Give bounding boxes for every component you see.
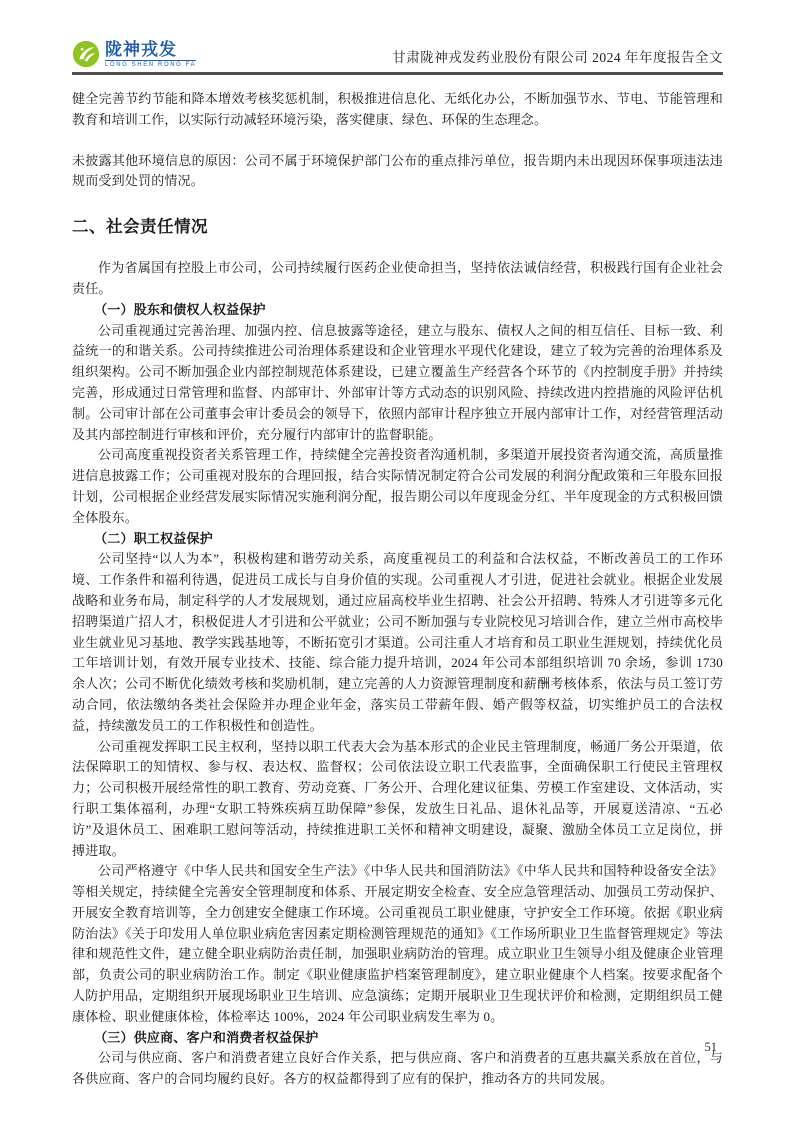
page-header: 陇神戎发 LONG SHEN RONG FA 甘肃陇神戎发药业股份有限公司 20…	[72, 0, 723, 75]
report-title: 甘肃陇神戎发药业股份有限公司 2024 年年度报告全文	[392, 46, 723, 68]
subsection-heading-suppliers-customers: （三）供应商、客户和消费者权益保护	[72, 1028, 723, 1049]
paragraph-employee-development: 公司坚持“以人为本”，积极构建和谐劳动关系，高度重视员工的利益和合法权益，不断改…	[72, 549, 723, 736]
document-body: 健全完善节约节能和降本增效考核奖惩机制，积极推进信息化、无纸化办公，不断加强节水…	[72, 89, 723, 1090]
company-logo-text: 陇神戎发 LONG SHEN RONG FA	[105, 41, 196, 68]
company-logo-name-en: LONG SHEN RONG FA	[105, 60, 196, 68]
paragraph-governance-internal-control: 公司重视通过完善治理、加强内控、信息披露等途径，建立与股东、债权人之间的相互信任…	[72, 321, 723, 446]
subsection-heading-shareholders-creditors: （一）股东和债权人权益保护	[72, 300, 723, 321]
company-logo-name-cn: 陇神戎发	[105, 41, 196, 58]
report-page: 陇神戎发 LONG SHEN RONG FA 甘肃陇神戎发药业股份有限公司 20…	[0, 0, 793, 1122]
subsection-heading-employee-rights: （二）职工权益保护	[72, 529, 723, 550]
company-logo-icon	[72, 40, 100, 68]
paragraph-suppliers-customers-cooperation: 公司与供应商、客户和消费者建立良好合作关系，把与供应商、客户和消费者的互惠共赢关…	[72, 1048, 723, 1090]
paragraph-investor-relations: 公司高度重视投资者关系管理工作，持续健全完善投资者沟通机制，多渠道开展投资者沟通…	[72, 445, 723, 528]
paragraph-employee-democracy-welfare: 公司重视发挥职工民主权利，坚持以职工代表大会为基本形式的企业民主管理制度，畅通厂…	[72, 737, 723, 862]
section-heading-social-responsibility: 二、社会责任情况	[72, 214, 723, 240]
paragraph-env-disclosure-reason: 未披露其他环境信息的原因：公司不属于环境保护部门公布的重点排污单位，报告期内未出…	[72, 151, 723, 193]
paragraph-social-responsibility-intro: 作为省属国有控股上市公司，公司持续履行医药企业使命担当，坚持依法诚信经营，积极践…	[72, 258, 723, 300]
paragraph-safety-occupational-health: 公司严格遵守《中华人民共和国安全生产法》《中华人民共和国消防法》《中华人民共和国…	[72, 861, 723, 1027]
paragraph-energy-saving-mechanism: 健全完善节约节能和降本增效考核奖惩机制，积极推进信息化、无纸化办公，不断加强节水…	[72, 89, 723, 131]
company-logo: 陇神戎发 LONG SHEN RONG FA	[72, 40, 196, 68]
page-number: 51	[705, 1040, 718, 1055]
